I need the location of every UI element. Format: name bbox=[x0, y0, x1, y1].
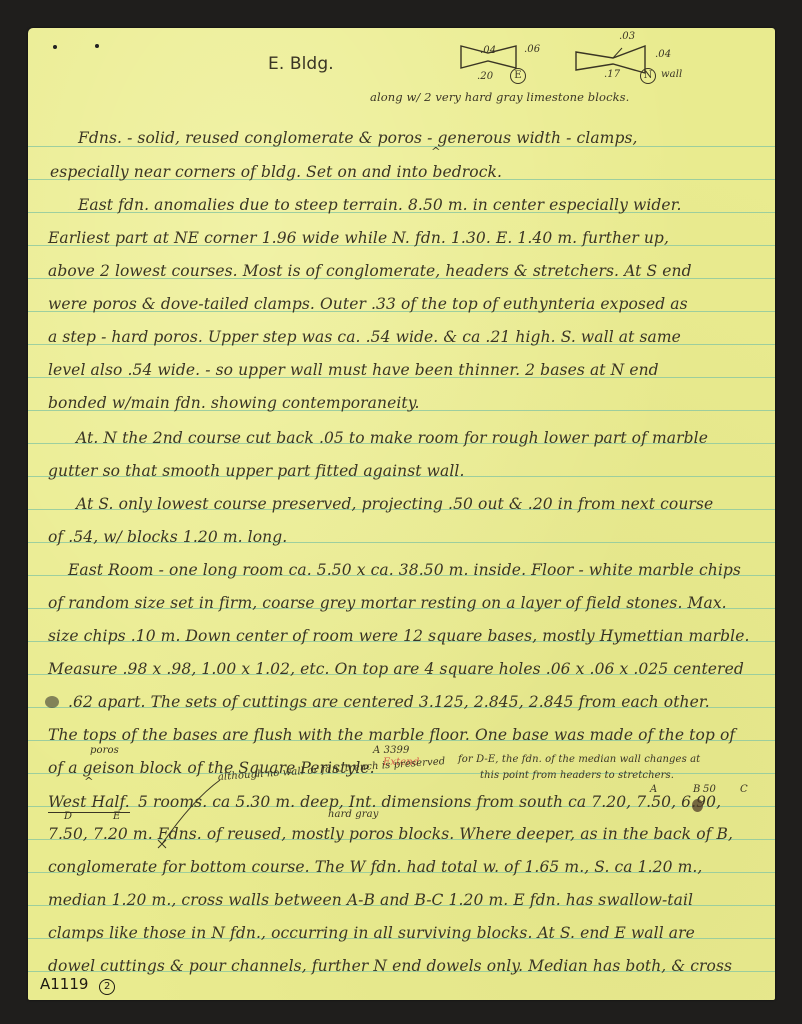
clamp-n-dim-length: .17 bbox=[604, 70, 620, 80]
text-line-9: bonded w/main fdn. showing contemporanei… bbox=[48, 396, 420, 412]
hard-gray-insert: hard gray bbox=[328, 810, 378, 820]
text-line-7: a step - hard poros. Upper step was ca. … bbox=[48, 330, 681, 346]
text-line-11: gutter so that smooth upper part fitted … bbox=[48, 464, 465, 480]
page-title: E. Bldg. bbox=[268, 56, 334, 73]
text-line-4: Earliest part at NE corner 1.96 wide whi… bbox=[48, 231, 669, 247]
text-line-12: At S. only lowest course preserved, proj… bbox=[76, 497, 713, 513]
room-letter-c: C bbox=[740, 785, 748, 795]
punch-hole bbox=[53, 45, 57, 49]
text-line-6: were poros & dove-tailed clamps. Outer .… bbox=[48, 297, 688, 313]
insert-caret: ^ bbox=[431, 146, 441, 158]
text-line-5: above 2 lowest courses. Most is of congl… bbox=[48, 264, 692, 280]
sketch-note: along w/ 2 very hard gray limestone bloc… bbox=[370, 92, 629, 104]
text-line-8: level also .54 wide. - so upper wall mus… bbox=[48, 363, 659, 379]
clamp-n-wall-label: wall bbox=[661, 70, 682, 80]
clamp-e-dim-length: .20 bbox=[477, 72, 493, 82]
accession-number: A1119 bbox=[40, 975, 88, 993]
text-line-3: East fdn. anomalies due to steep terrain… bbox=[78, 198, 682, 214]
punch-hole bbox=[95, 44, 99, 48]
west-half-heading: West Half. bbox=[48, 793, 130, 813]
text-line-2: especially near corners of bldg. Set on … bbox=[50, 165, 502, 181]
text-line-22: 7.50, 7.20 m. Fdns. of reused, mostly po… bbox=[48, 827, 733, 843]
text-line-1: Fdns. - solid, reused conglomerate & por… bbox=[78, 131, 638, 147]
inventory-number: A 3399 bbox=[373, 746, 409, 756]
text-line-21: West Half. bbox=[48, 795, 130, 811]
median-wall-note-1: for D-E, the fdn. of the median wall cha… bbox=[458, 755, 700, 765]
text-line-16: size chips .10 m. Down center of room we… bbox=[48, 629, 750, 645]
text-line-15: of random size set in firm, coarse grey … bbox=[48, 596, 727, 612]
text-line-24: median 1.20 m., cross walls between A-B … bbox=[48, 893, 693, 909]
clamp-n-dim-top: .03 bbox=[619, 32, 635, 42]
clamp-e-dim-width: .04 bbox=[480, 46, 496, 56]
room-letter-d: D bbox=[64, 812, 72, 822]
poros-insert: poros bbox=[90, 746, 119, 756]
room-letter-e: E bbox=[113, 812, 120, 822]
text-line-25: clamps like those in N fdn., occurring i… bbox=[48, 926, 695, 942]
text-line-13: of .54, w/ blocks 1.20 m. long. bbox=[48, 530, 287, 546]
text-line-18: .62 apart. The sets of cuttings are cent… bbox=[68, 695, 710, 711]
legal-pad-page: E. Bldg. .04 .06 .20 E .03 .04 .17 N wal… bbox=[28, 28, 775, 1000]
text-line-10: At. N the 2nd course cut back .05 to mak… bbox=[76, 431, 708, 447]
clamp-e-label: E bbox=[510, 66, 526, 84]
text-line-23: conglomerate for bottom course. The W fd… bbox=[48, 860, 702, 876]
ink-blot bbox=[45, 696, 59, 708]
clamp-n-dim-height: .04 bbox=[655, 50, 671, 60]
poros-caret: ^ bbox=[84, 776, 94, 788]
page-number: 2 bbox=[99, 979, 115, 995]
clamp-n-label: N bbox=[640, 66, 656, 84]
text-line-26: dowel cuttings & pour channels, further … bbox=[48, 959, 732, 975]
text-line-17: Measure .98 x .98, 1.00 x 1.02, etc. On … bbox=[48, 662, 744, 678]
text-line-14: East Room - one long room ca. 5.50 x ca.… bbox=[68, 563, 741, 579]
median-wall-note-2: this point from headers to stretchers. bbox=[480, 771, 674, 781]
text-line-19: The tops of the bases are flush with the… bbox=[48, 728, 735, 744]
archive-page-label: A1119 2 bbox=[40, 975, 115, 995]
ink-stain bbox=[692, 799, 703, 812]
clamp-e-dim-height: .06 bbox=[524, 45, 540, 55]
text-line-21-rest: 5 rooms. ca 5.30 m. deep, Int. dimension… bbox=[138, 795, 721, 811]
